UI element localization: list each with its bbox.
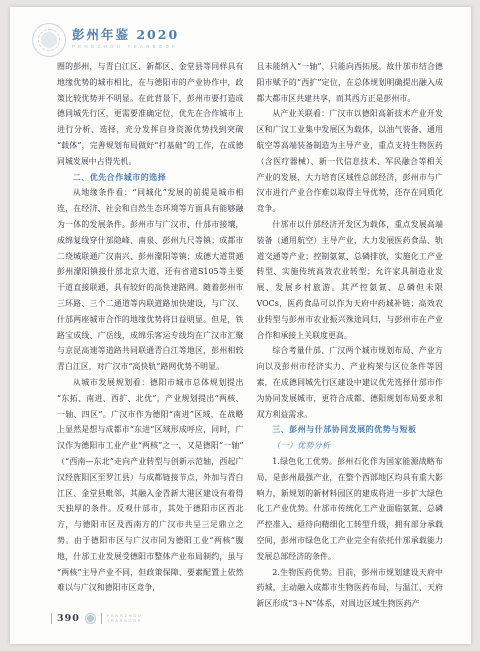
body-paragraph: 从产业关联看：广汉市以德阳高新技术产业开发区和广汉工业集中发展区为载体，以油气装… bbox=[257, 106, 444, 217]
page-footer: 390 PENGZHOU YEARBOOK bbox=[46, 610, 142, 626]
page-surface: 彭州年鉴 2020 PENGZHOU YEARBOOK 圈的彭州，与青白江区、新… bbox=[10, 7, 471, 644]
footer-divider bbox=[101, 613, 102, 624]
scanned-yearbook-page: { "header": { "title": "彭州年鉴 2020", "sub… bbox=[0, 0, 480, 651]
section-heading: 三、彭州与什邡协同发展的优势与短板 bbox=[257, 422, 444, 438]
header-titles: 彭州年鉴 2020 PENGZHOU YEARBOOK bbox=[72, 28, 179, 50]
sub-heading: （一）优势分析 bbox=[257, 438, 444, 454]
body-paragraph: 1.绿色化工优势。彭州石化作为国家能源战略布局，是彭州最强产业，在整个西部地区均… bbox=[257, 454, 444, 565]
body-paragraph: 圈的彭州，与青白江区、新都区、金堂县等同样具有地缘优势的城市相比，在与德阳市的产… bbox=[57, 59, 244, 170]
yearbook-seal-icon bbox=[32, 23, 66, 57]
article-body: 圈的彭州，与青白江区、新都区、金堂县等同样具有地缘优势的城市相比，在与德阳市的产… bbox=[57, 59, 443, 619]
footer-seal-icon bbox=[85, 613, 96, 624]
footer-brand-line2: YEARBOOK bbox=[107, 618, 142, 623]
page-number: 390 bbox=[57, 613, 80, 624]
footer-brand: PENGZHOU YEARBOOK bbox=[107, 613, 142, 623]
body-paragraph: 2.生物医药优势。目前，彭州市规划建设天府中药城，主动融入成都市生物医药布局，与… bbox=[257, 565, 444, 612]
yearbook-subtitle: PENGZHOU YEARBOOK bbox=[72, 43, 179, 50]
body-paragraph: 从地缘条件看：“同城化”发展的前提是城市相连，在经济、社会和自然生态环境等方面具… bbox=[57, 185, 244, 375]
body-paragraph: 什邡市以什邡经济开发区为载体，重点发展高端装备（通用航空）主导产业，大力发展医药… bbox=[257, 217, 444, 343]
body-paragraph: 从城市发展规划看：德阳市城市总体规划提出“东拓、南进、西扩、北优”，产业规划提出… bbox=[57, 375, 244, 596]
left-column: 圈的彭州，与青白江区、新都区、金堂县等同样具有地缘优势的城市相比，在与德阳市的产… bbox=[57, 59, 244, 619]
body-paragraph: 且未能纳入“一轴”，只能向西拓展。故什邡市结合德阳市赋予的“西扩”定位，在总体规… bbox=[257, 59, 444, 106]
right-column: 且未能纳入“一轴”，只能向西拓展。故什邡市结合德阳市赋予的“西扩”定位，在总体规… bbox=[257, 59, 444, 619]
body-paragraph: 综合考量什邡、广汉两个城市规划布局、产业方向以及彭州市经济实力、产业构架与区位条… bbox=[257, 343, 444, 422]
yearbook-title: 彭州年鉴 2020 bbox=[72, 28, 179, 42]
section-heading: 二、优先合作城市的选择 bbox=[57, 170, 244, 186]
footer-divider bbox=[51, 613, 52, 624]
